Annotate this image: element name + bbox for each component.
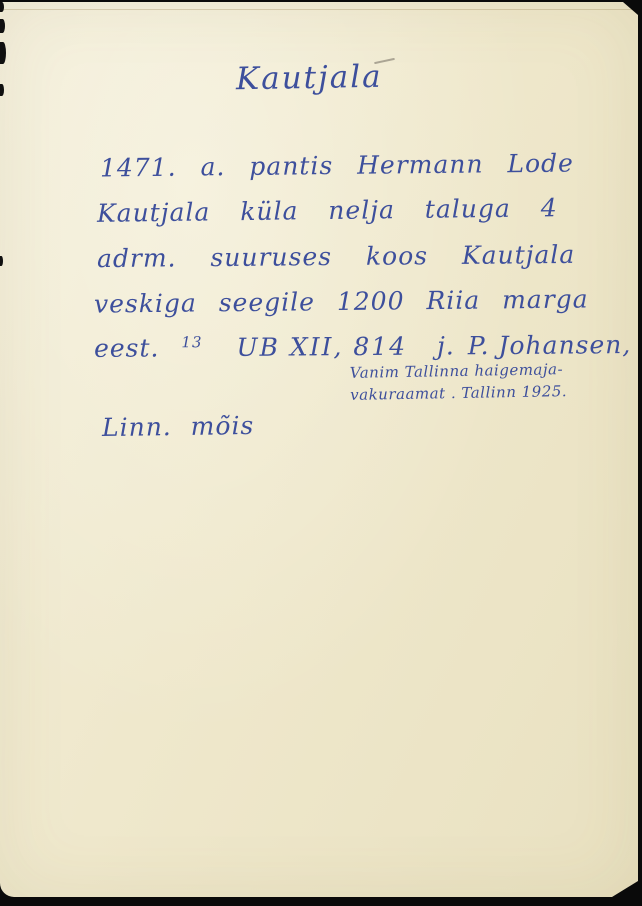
line5-citation: UB XII, 814: [236, 332, 407, 362]
scan-corner-artifact-bottom-right: [612, 881, 638, 897]
handwritten-line-1: 1471. a. pantis Hermann Lode: [100, 149, 574, 183]
paper-crease: [0, 9, 638, 10]
archive-card: Kautjala 1471. a. pantis Hermann Lode Ka…: [0, 2, 638, 897]
scan-edge-smudge: [0, 256, 3, 266]
footnote-reference: 13: [181, 333, 202, 351]
footnote-line-2: vakuraamat . Tallinn 1925.: [350, 380, 567, 406]
source-footnote: Vanim Tallinna haigemaja- vakuraamat . T…: [350, 358, 568, 406]
handwritten-line-3: adrm. suuruses koos Kautjala: [97, 240, 576, 273]
handwritten-line-2: Kautjala küla nelja taluga 4: [97, 193, 558, 228]
line5-word-eest: eest.: [94, 333, 160, 362]
scan-edge-smudge: [0, 84, 4, 96]
card-title: Kautjala: [236, 59, 383, 98]
scan-background: { "colors": { "background": "#0a0a0a", "…: [0, 0, 642, 906]
bottom-note: Linn. mõis: [102, 411, 255, 442]
handwritten-line-4: veskiga seegile 1200 Riia marga: [94, 284, 589, 318]
scan-edge-smudge: [0, 42, 6, 64]
scan-edge-smudge: [0, 2, 4, 12]
scan-edge-smudge: [0, 19, 5, 33]
line5-source-intro: j.: [437, 331, 455, 360]
line5-author: P. Johansen,: [468, 330, 632, 360]
scan-corner-artifact-top-right: [623, 2, 638, 15]
